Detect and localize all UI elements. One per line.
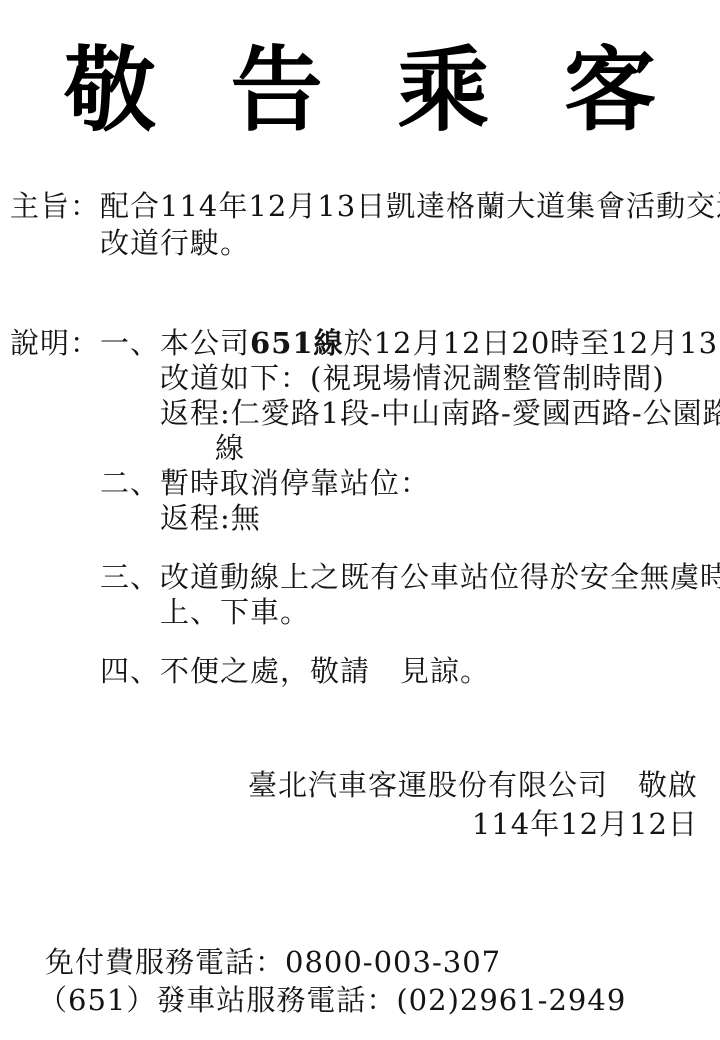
item-1-line-1-pre: 本公司	[160, 326, 250, 360]
bus-route-number: 651線	[250, 326, 344, 360]
item-4-body: 不便之處，敬請 見諒。	[160, 654, 490, 689]
item-1-line-3-return-route: 返程:仁愛路1段-中山南路-愛國西路-公園路-原	[160, 396, 720, 431]
item-1-line-2: 改道如下：(視現場情況調整管制時間)	[160, 361, 720, 396]
item-4-number: 四、	[100, 654, 160, 689]
item-3-body: 改道動線上之既有公車站位得於安全無虞時 上、下車。	[160, 560, 720, 630]
item-2-body: 暫時取消停靠站位： 返程:無	[160, 466, 430, 536]
item-1-line-3-wrap: 線	[160, 431, 720, 466]
item-2-number: 二、	[100, 466, 160, 536]
subject-body: 配合114年12月13日凱達格蘭大道集會活動交通管制 改道行駛。	[100, 188, 720, 262]
subject-label: 主旨：	[10, 188, 100, 262]
tollfree-phone-line: 免付費服務電話：0800-003-307	[45, 943, 626, 981]
title-char-2: 告	[231, 38, 323, 144]
item-1-number: 一、	[100, 326, 160, 466]
signature-section: 臺北汽車客運股份有限公司 敬啟 114年12月12日	[0, 766, 698, 844]
item-3-number: 三、	[100, 560, 160, 630]
title-char-3: 乘	[397, 38, 489, 144]
footer-section: 免付費服務電話：0800-003-307 （651）發車站服務電話：(02)29…	[0, 943, 626, 1019]
notice-page: 敬 告 乘 客 主旨： 配合114年12月13日凱達格蘭大道集會活動交通管制 改…	[0, 0, 720, 1040]
explanation-item-2: 二、 暫時取消停靠站位： 返程:無	[100, 466, 720, 536]
subject-line-1: 配合114年12月13日凱達格蘭大道集會活動交通管制	[100, 188, 720, 225]
depot-phone-line: （651）發車站服務電話：(02)2961-2949	[38, 981, 626, 1019]
title-char-4: 客	[564, 38, 656, 144]
item-2-line-2: 返程:無	[160, 501, 430, 536]
item-1-line-1: 本公司651線於12月12日20時至12月13日20時	[160, 326, 720, 361]
title-char-1: 敬	[64, 38, 156, 144]
explanation-items: 一、 本公司651線於12月12日20時至12月13日20時 改道如下：(視現場…	[100, 326, 720, 689]
subject-section: 主旨： 配合114年12月13日凱達格蘭大道集會活動交通管制 改道行駛。	[10, 188, 720, 262]
item-2-line-1: 暫時取消停靠站位：	[160, 466, 430, 501]
item-1-body: 本公司651線於12月12日20時至12月13日20時 改道如下：(視現場情況調…	[160, 326, 720, 466]
explanation-item-1: 一、 本公司651線於12月12日20時至12月13日20時 改道如下：(視現場…	[100, 326, 720, 466]
signature-date: 114年12月12日	[0, 805, 698, 844]
subject-line-2: 改道行駛。	[100, 225, 720, 262]
item-3-line-1: 改道動線上之既有公車站位得於安全無虞時	[160, 560, 720, 595]
explanation-item-4: 四、 不便之處，敬請 見諒。	[100, 654, 720, 689]
explanation-label: 說明：	[10, 326, 100, 689]
explanation-section: 說明： 一、 本公司651線於12月12日20時至12月13日20時 改道如下：…	[10, 326, 720, 689]
item-4-line-1: 不便之處，敬請 見諒。	[160, 654, 490, 689]
signature-company: 臺北汽車客運股份有限公司 敬啟	[0, 766, 698, 805]
notice-title: 敬 告 乘 客	[0, 38, 720, 144]
item-1-line-1-post: 於12月12日20時至12月13日20時	[344, 326, 720, 360]
item-3-line-2: 上、下車。	[160, 595, 720, 630]
explanation-item-3: 三、 改道動線上之既有公車站位得於安全無虞時 上、下車。	[100, 560, 720, 630]
